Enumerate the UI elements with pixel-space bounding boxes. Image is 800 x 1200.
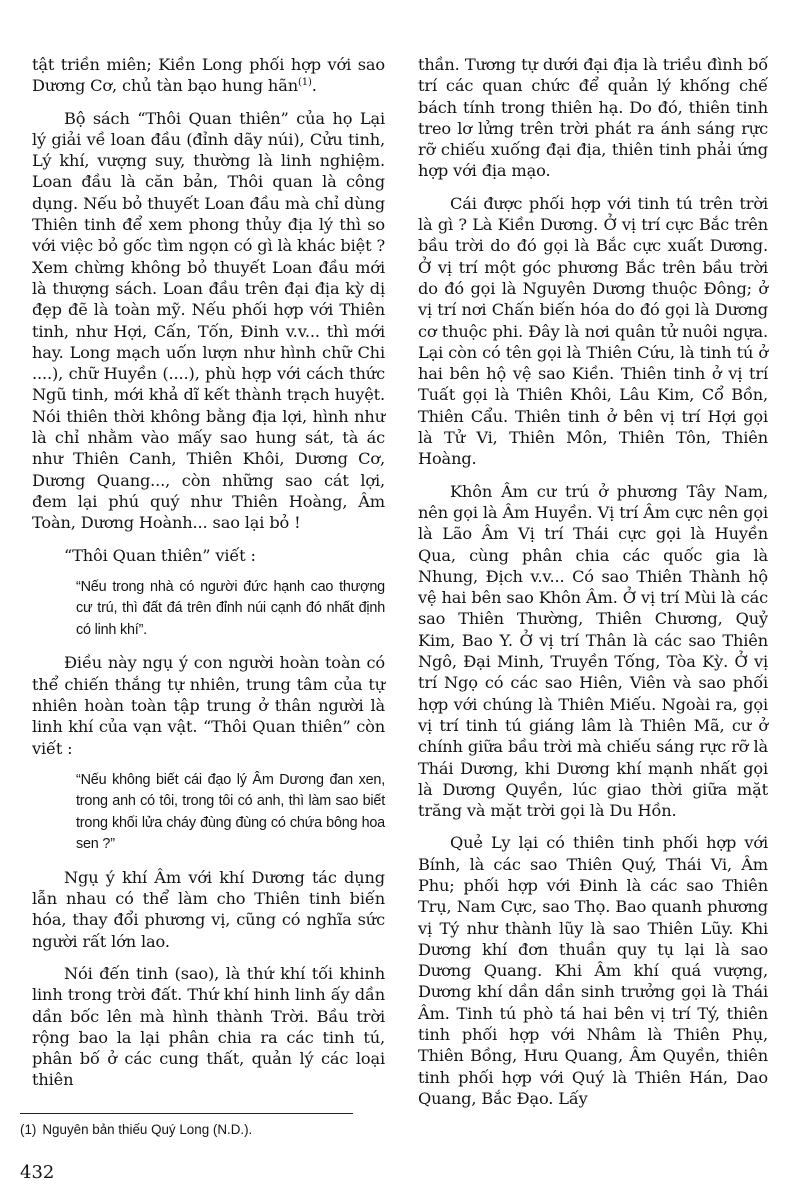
left-column: tật triền miên; Kiền Long phối hợp với s… (32, 54, 385, 1091)
footnote-text: Nguyên bản thiếu Quý Long (N.D.). (42, 1122, 252, 1137)
sentence-end: . (312, 76, 317, 95)
paragraph: Nói đến tinh (sao), là thứ khí tối khinh… (32, 963, 385, 1091)
block-quote: “Nếu không biết cái đạo lý Âm Dương đan … (76, 770, 385, 856)
paragraph-continuation: tật triền miên; Kiền Long phối hợp với s… (32, 54, 385, 97)
right-column: thần. Tương tự dưới đại địa là triều đìn… (418, 54, 768, 1109)
paragraph: Bộ sách “Thôi Quan thiên” của họ Lại lý … (32, 108, 385, 534)
paragraph-continuation: thần. Tương tự dưới đại địa là triều đìn… (418, 54, 768, 182)
paragraph: Ngụ ý khí Âm với khí Dương tác dụng lẫn … (32, 867, 385, 952)
block-quote: “Nếu trong nhà có người đức hạnh cao thư… (76, 577, 385, 642)
paragraph: Cái được phối hợp với tinh tú trên trời … (418, 193, 768, 470)
paragraph-text: tật triền miên; Kiền Long phối hợp với s… (32, 55, 385, 95)
footnote-divider (20, 1113, 353, 1114)
footnote-reference: (1) (298, 77, 312, 88)
footnote: (1)Nguyên bản thiếu Quý Long (N.D.). (20, 1121, 252, 1139)
paragraph: Khôn Âm cư trú ở phương Tây Nam, nên gọi… (418, 481, 768, 822)
footnote-marker: (1) (20, 1122, 36, 1137)
page-number: 432 (20, 1163, 54, 1183)
paragraph: Điều này ngụ ý con người hoàn toàn có th… (32, 652, 385, 758)
paragraph: “Thôi Quan thiên” viết : (32, 545, 385, 566)
paragraph: Quẻ Ly lại có thiên tinh phối hợp với Bí… (418, 832, 768, 1109)
